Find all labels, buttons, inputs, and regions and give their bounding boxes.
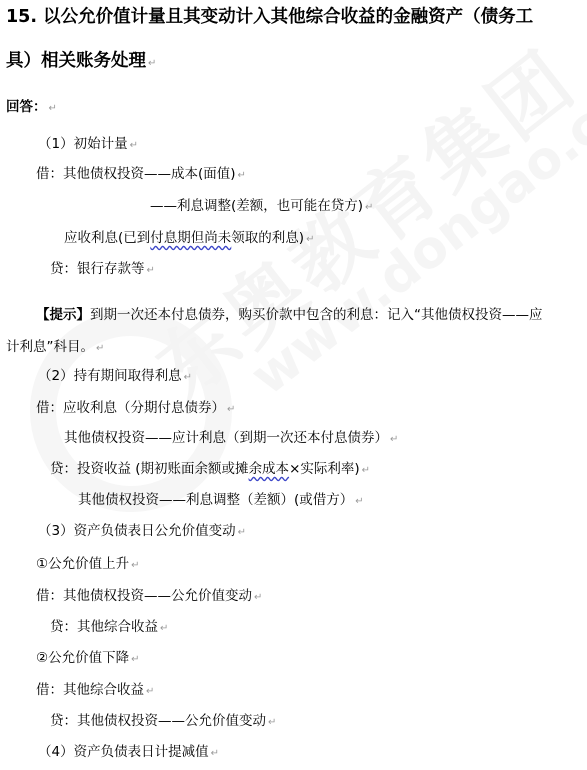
section2-credit-line1: 贷：投资收益 (期初账面余额或摊余成本×实际利率)↵ bbox=[50, 461, 370, 479]
section2-debit-line1: 借：应收利息（分期付息债券）↵ bbox=[36, 400, 235, 418]
paragraph-mark-icon: ↵ bbox=[96, 343, 104, 354]
paragraph-mark-icon: ↵ bbox=[146, 686, 154, 697]
section3-sub2-credit: 贷：其他债权投资——公允价值变动↵ bbox=[50, 713, 276, 731]
paragraph-mark-icon: ↵ bbox=[390, 434, 398, 445]
paragraph-mark-icon: ↵ bbox=[238, 527, 246, 538]
section1-debit-line2: ——利息调整(差额，也可能在贷方)↵ bbox=[150, 198, 373, 216]
section1-debit-line3: 应收利息(已到付息期但尚未领取的利息)↵ bbox=[64, 230, 314, 248]
section3-sub2-heading: ②公允价值下降↵ bbox=[36, 650, 140, 668]
paragraph-mark-icon: ↵ bbox=[238, 170, 246, 181]
section1-credit-line1: 贷：银行存款等↵ bbox=[50, 261, 155, 279]
paragraph-mark-icon: ↵ bbox=[160, 623, 168, 634]
paragraph-mark-icon: ↵ bbox=[365, 202, 373, 213]
section3-sub1-heading: ①公允价值上升↵ bbox=[36, 556, 140, 574]
tip-line1: 【提示】到期一次还本付息债券，购买价款中包含的利息：记入“其他债权投资——应 bbox=[36, 307, 543, 323]
paragraph-mark-icon: ↵ bbox=[147, 265, 155, 276]
paragraph-mark-icon: ↵ bbox=[254, 592, 262, 603]
spellcheck-underline: 付息期但尚未 bbox=[150, 230, 231, 246]
section3-sub1-debit: 借：其他债权投资——公允价值变动↵ bbox=[36, 588, 262, 606]
paragraph-mark-icon: ↵ bbox=[355, 496, 363, 507]
paragraph-mark-icon: ↵ bbox=[211, 748, 219, 759]
paragraph-mark-icon: ↵ bbox=[131, 560, 139, 571]
paragraph-mark-icon: ↵ bbox=[130, 140, 138, 151]
section1-debit-line1: 借：其他债权投资——成本(面值)↵ bbox=[36, 166, 246, 184]
question-title-line1: 15. 以公允价值计量且其变动计入其他综合收益的金融资产（债务工 bbox=[6, 6, 533, 28]
paragraph-mark-icon: ↵ bbox=[268, 717, 276, 728]
paragraph-mark-icon: ↵ bbox=[49, 103, 57, 114]
section3-heading: （3）资产负债表日公允价值变动↵ bbox=[38, 523, 246, 541]
paragraph-mark-icon: ↵ bbox=[306, 234, 314, 245]
section2-heading: （2）持有期间取得利息↵ bbox=[38, 368, 192, 386]
paragraph-mark-icon: ↵ bbox=[148, 58, 156, 69]
spellcheck-underline: 余成本 bbox=[249, 461, 290, 477]
tip-label: 【提示】 bbox=[36, 307, 90, 323]
section3-sub1-credit: 贷：其他综合收益↵ bbox=[50, 619, 168, 637]
section4-heading: （4）资产负债表日计提减值↵ bbox=[38, 744, 219, 762]
section1-heading: （1）初始计量↵ bbox=[38, 136, 138, 154]
section2-debit-line2: 其他债权投资——应计利息（到期一次还本付息债券）↵ bbox=[64, 430, 398, 448]
tip-line2: 计利息”科目。↵ bbox=[6, 339, 104, 357]
watermark-url: www.dongao.com bbox=[240, 40, 587, 407]
question-title-line2: 具）相关账务处理↵ bbox=[6, 50, 156, 75]
paragraph-mark-icon: ↵ bbox=[184, 372, 192, 383]
paragraph-mark-icon: ↵ bbox=[131, 654, 139, 665]
paragraph-mark-icon: ↵ bbox=[227, 404, 235, 415]
section2-credit-line2: 其他债权投资——利息调整（差额）(或借方）↵ bbox=[78, 492, 364, 510]
section3-sub2-debit: 借：其他综合收益↵ bbox=[36, 682, 154, 700]
watermark-brand: 东奥教育集团 bbox=[130, 20, 587, 419]
answer-label: 回答：↵ bbox=[6, 95, 57, 115]
paragraph-mark-icon: ↵ bbox=[362, 465, 370, 476]
